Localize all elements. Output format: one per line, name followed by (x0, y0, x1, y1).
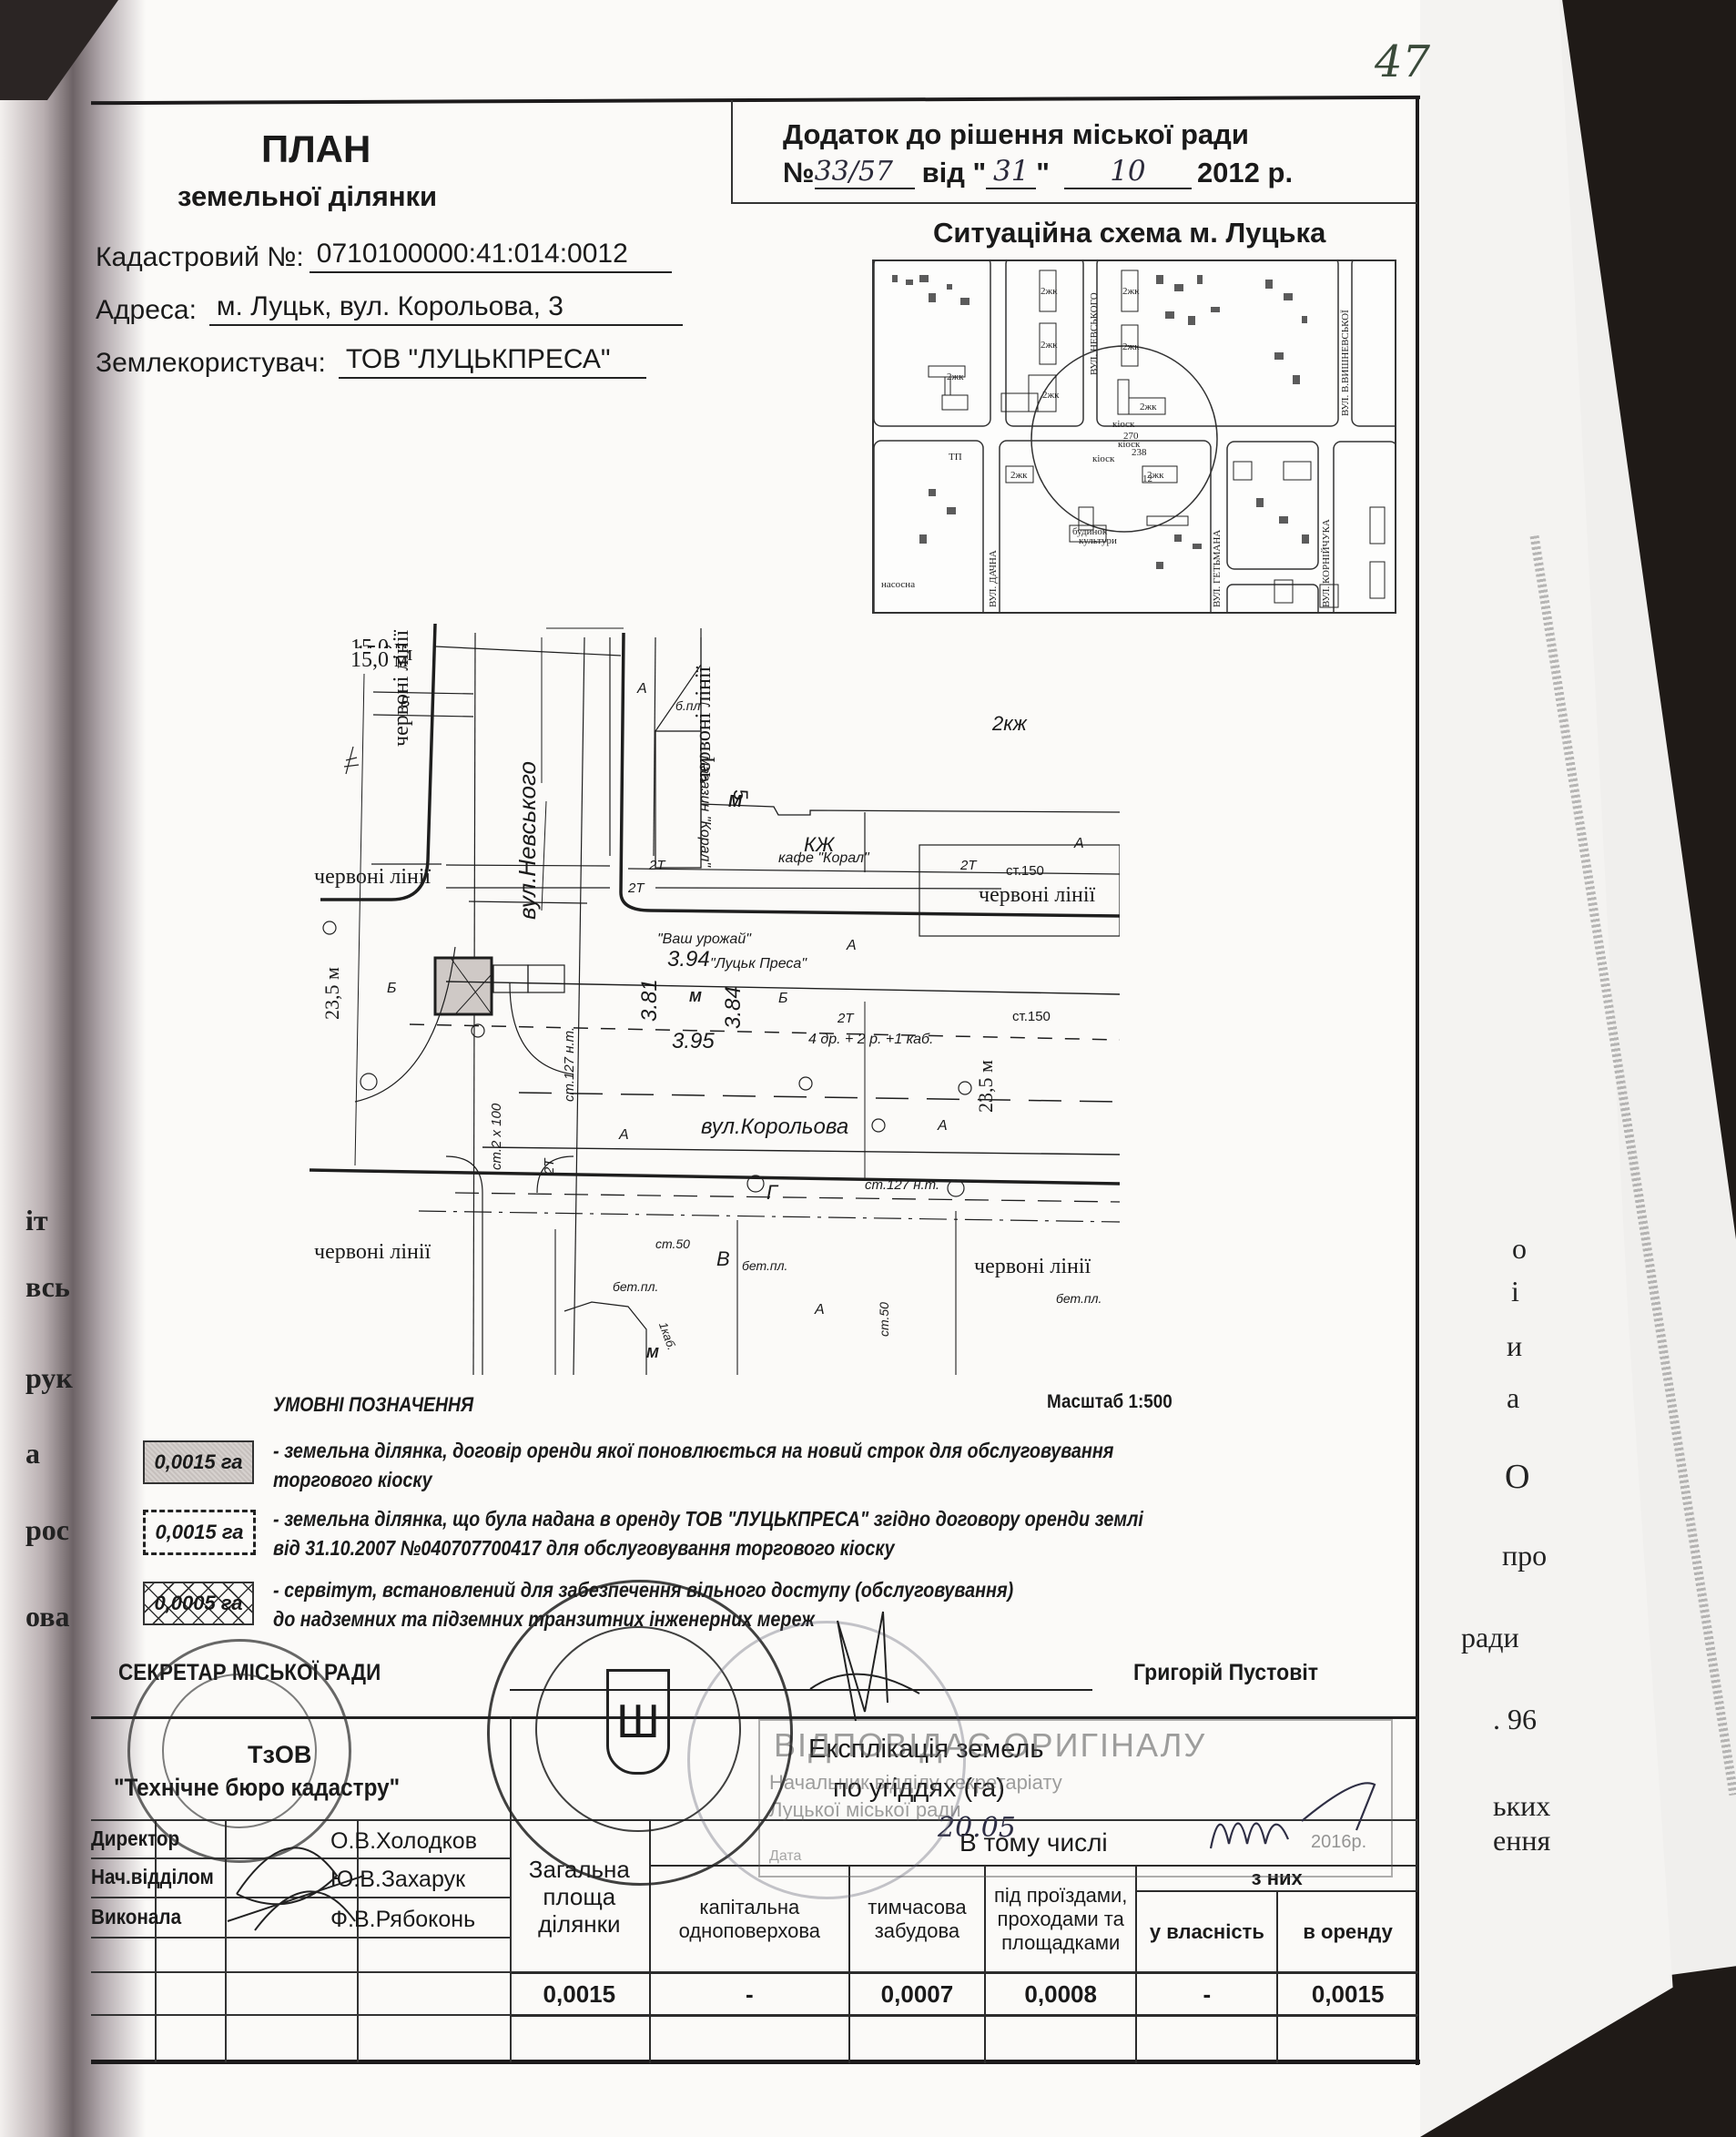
back-page-text: и (1507, 1329, 1522, 1363)
legend-swatch-servitude: 0,0005 га (143, 1582, 254, 1625)
pipe-2t-label: 2Т (960, 858, 977, 873)
value-temporary: 0,0007 (849, 1973, 985, 2016)
kiosk-dimension-right: 3.84 (721, 986, 746, 1029)
back-page-text: рук (25, 1361, 73, 1395)
svg-text:ТП: ТП (949, 452, 962, 463)
address-value: м. Луцьк, вул. Корольова, 3 (209, 291, 683, 326)
signer-name: Григорій Пустовіт (1133, 1660, 1318, 1686)
quote: " (1036, 157, 1050, 189)
svg-text:ВУЛ. В.ВИШНЕВСЬКОЇ: ВУЛ. В.ВИШНЕВСЬКОЇ (1340, 310, 1351, 416)
decision-year: 2012 р. (1197, 157, 1293, 189)
field-label: Кадастровий №: (96, 242, 304, 273)
paving-label: б.пл (675, 698, 700, 713)
back-page-text: про (1502, 1539, 1547, 1572)
situation-map-title: Ситуаційна схема м. Луцька (933, 217, 1325, 249)
bureau-seal-inner (162, 1674, 317, 1828)
header-ownership: у власність (1136, 1891, 1277, 1973)
legend-text: торгового кіоску (273, 1465, 1113, 1494)
concrete-area-label: бет.пл. (1056, 1291, 1101, 1306)
kiosk-vash-urozhai-label: "Ваш урожай" (657, 931, 751, 948)
decision-day: 31 (986, 155, 1036, 189)
pole-st150: ст.150 (1012, 1009, 1051, 1024)
annex-decision-line: № 33/57 від " 31 " 10 2012 р. (783, 155, 1293, 189)
frame-right-line (1416, 98, 1419, 2065)
pole-st150: ст.150 (1006, 863, 1044, 879)
svg-text:2жк: 2жк (1010, 470, 1028, 481)
value-lease: 0,0015 (1277, 1973, 1417, 2016)
cadastral-number-value: 0710100000:41:014:0012 (310, 239, 672, 273)
kiosk-dimension-top: 3.94 (667, 947, 710, 972)
pole-st127: ст.127 н.т. (865, 1177, 939, 1193)
kiosk-m-label: М (689, 990, 701, 1006)
from-label: від " (922, 157, 987, 189)
legend-swatch-renewed-plot: 0,0015 га (143, 1440, 254, 1484)
cafe-label: кафе "Корал" (778, 850, 869, 867)
sheet-number: 47 (1375, 36, 1430, 87)
address-field: Адреса: м. Луцьк, вул. Корольова, 3 (96, 291, 683, 326)
red-lines-label: червоні лінії (314, 1240, 431, 1265)
legend-text: від 31.10.2007 №040707700417 для обслуго… (273, 1533, 1143, 1562)
number-sign: № (783, 157, 815, 189)
pipe-2t-label: 2Т (542, 1158, 557, 1175)
value-driveways: 0,0008 (985, 1973, 1137, 2016)
svg-text:12: 12 (1142, 473, 1152, 484)
svg-text:кіоск: кіоск (1092, 453, 1115, 464)
back-page-text: рос (25, 1513, 69, 1547)
staff-role: Виконала (91, 1905, 181, 1929)
land-user-value: ТОВ "ЛУЦЬКПРЕСА" (339, 344, 646, 379)
area-b-label: Б (387, 981, 396, 997)
back-page-text: о (1507, 1234, 1527, 1263)
svg-text:2жк: 2жк (1140, 402, 1157, 412)
svg-text:ВУЛ. НЕВСЬКОГО: ВУЛ. НЕВСЬКОГО (1089, 292, 1100, 375)
annex-title: Додаток до рішення міської ради (783, 118, 1249, 151)
street-label-nevskogo: вул.Невського (513, 761, 542, 920)
back-page-text: а (1507, 1381, 1519, 1415)
back-page-text: всь (25, 1270, 70, 1304)
svg-text:2жк: 2жк (1122, 286, 1140, 297)
area-a-label: А (1074, 836, 1084, 852)
pipe-2t-label: 2Т (838, 1011, 854, 1026)
back-page-text: ради (1461, 1621, 1519, 1654)
red-lines-label: червоні лінії (314, 865, 431, 890)
line-g-label: Г (766, 1181, 777, 1205)
value-ownership: - (1136, 1973, 1277, 2016)
situation-map-drawing: 2жк2жк2жк 2жк2жк2жк 2жк2жк2жк кіосккіоск… (874, 261, 1395, 612)
dimension-right: 23,5 м (974, 1060, 998, 1113)
street-label-korolova: вул.Корольова (701, 1114, 848, 1140)
dimension-left: 23,5 м (320, 967, 344, 1020)
field-label: Адреса: (96, 295, 197, 326)
spacer (91, 1716, 92, 2062)
pipe-2t-label: 2Т (628, 880, 645, 896)
document-title: ПЛАН (261, 127, 371, 171)
concrete-area-label: бет.пл. (613, 1279, 658, 1294)
value-total-area: 0,0015 (510, 1973, 650, 2016)
building-2kzh-label: 2кж (992, 712, 1027, 736)
line-v-label: В (716, 1247, 730, 1271)
kiosk-dimension-left: 3.81 (637, 979, 663, 1022)
back-page-text: і (1511, 1275, 1519, 1308)
back-page-text: ова (25, 1600, 69, 1633)
area-a-label: А (815, 1302, 825, 1318)
back-page-text: а (25, 1437, 40, 1470)
legend-swatch-previous-lease: 0,0015 га (143, 1510, 256, 1555)
red-lines-label: червоні лінії (974, 1255, 1091, 1279)
legend-text: - земельна ділянка, договір оренди якої … (273, 1436, 1113, 1465)
area-a-label: А (619, 1127, 629, 1144)
area-b-label: Б (778, 991, 787, 1007)
situation-map: 2жк2жк2жк 2жк2жк2жк 2жк2жк2жк кіосккіоск… (872, 259, 1396, 614)
svg-text:2жк: 2жк (947, 371, 964, 382)
table-col-line (155, 1819, 157, 2062)
cadastral-number-field: Кадастровий №: 0710100000:41:014:0012 (96, 239, 672, 273)
kiosk-lutsk-press-label: "Луцьк Преса" (710, 956, 807, 972)
kiosk-dimension-bottom: 3.95 (672, 1029, 715, 1054)
building-m-label: М (728, 792, 742, 811)
legend-title: УМОВНІ ПОЗНАЧЕННЯ (273, 1393, 473, 1417)
back-page-text: ьких (1493, 1789, 1550, 1823)
legend-item-previous-lease: - земельна ділянка, що була надана в оре… (273, 1504, 1143, 1562)
decision-month: 10 (1064, 155, 1192, 189)
land-user-field: Землекористувач: ТОВ "ЛУЦЬКПРЕСА" (96, 344, 646, 379)
building-m-label: М (646, 1346, 658, 1362)
svg-text:2жк: 2жк (1041, 340, 1058, 351)
red-lines-label: червоні лінії (979, 883, 1095, 908)
svg-text:ВУЛ. ГЕТЬМАНА: ВУЛ. ГЕТЬМАНА (1212, 530, 1223, 607)
area-b-label: Б (401, 695, 410, 711)
svg-text:2жк: 2жк (1041, 286, 1058, 297)
pole-st2x100: ст.2 х 100 (489, 1104, 504, 1170)
svg-text:ВУЛ. ДАЧНА: ВУЛ. ДАЧНА (988, 550, 999, 607)
red-lines-label: червоні лінії (390, 630, 414, 747)
area-a-label: А (938, 1118, 948, 1135)
legend-text: - земельна ділянка, що була надана в оре… (273, 1504, 1143, 1533)
map-scale: Масштаб 1:500 (1047, 1391, 1173, 1413)
back-page-text: . 96 (1493, 1703, 1537, 1736)
pole-st50: ст.50 (655, 1236, 690, 1251)
area-a-label: А (637, 681, 647, 697)
shop-label: магазин "Корал" (696, 756, 713, 867)
concrete-area-label: бет.пл. (742, 1258, 787, 1273)
legend-item-renewed-plot: - земельна ділянка, договір оренди якої … (273, 1436, 1113, 1494)
field-label: Землекористувач: (96, 348, 326, 379)
bureau-signature (218, 1821, 382, 1949)
decision-number: 33/57 (815, 156, 915, 189)
document-subtitle: земельної ділянки (178, 180, 437, 213)
value-capital: - (650, 1973, 849, 2016)
trident-icon: Ш (606, 1669, 670, 1775)
svg-text:ВУЛ. КОРНІЙЧУКА: ВУЛ. КОРНІЙЧУКА (1321, 519, 1332, 607)
pipe-2t-label: 2Т (649, 858, 665, 873)
pole-st50-vertical: ст.50 (877, 1302, 891, 1337)
back-page-text: О (1505, 1457, 1529, 1497)
pole-st127-vertical: ст.127 н.т. (562, 1027, 577, 1102)
svg-text:насосна: насосна (881, 579, 915, 590)
header-lease: в оренду (1277, 1891, 1417, 1973)
secretary-signature (801, 1603, 929, 1730)
staff-role: Нач.відділом (91, 1865, 214, 1889)
svg-text:2жк: 2жк (1042, 390, 1060, 401)
certifier-signature (1202, 1766, 1384, 1867)
cables-label: 4 др. + 2 р. +1 каб. (808, 1032, 933, 1048)
svg-text:кіоск: кіоск (1112, 419, 1135, 430)
svg-text:270: 270 (1123, 431, 1139, 442)
back-page-text: ення (1493, 1824, 1550, 1857)
svg-text:2жк: 2жк (1122, 341, 1140, 352)
area-a-label: А (847, 938, 857, 954)
svg-text:культури: культури (1079, 535, 1117, 546)
back-page-text: іт (25, 1204, 48, 1237)
svg-text:238: 238 (1132, 447, 1147, 458)
header-driveways: під проїздами, проходами та площадками (985, 1866, 1137, 1973)
